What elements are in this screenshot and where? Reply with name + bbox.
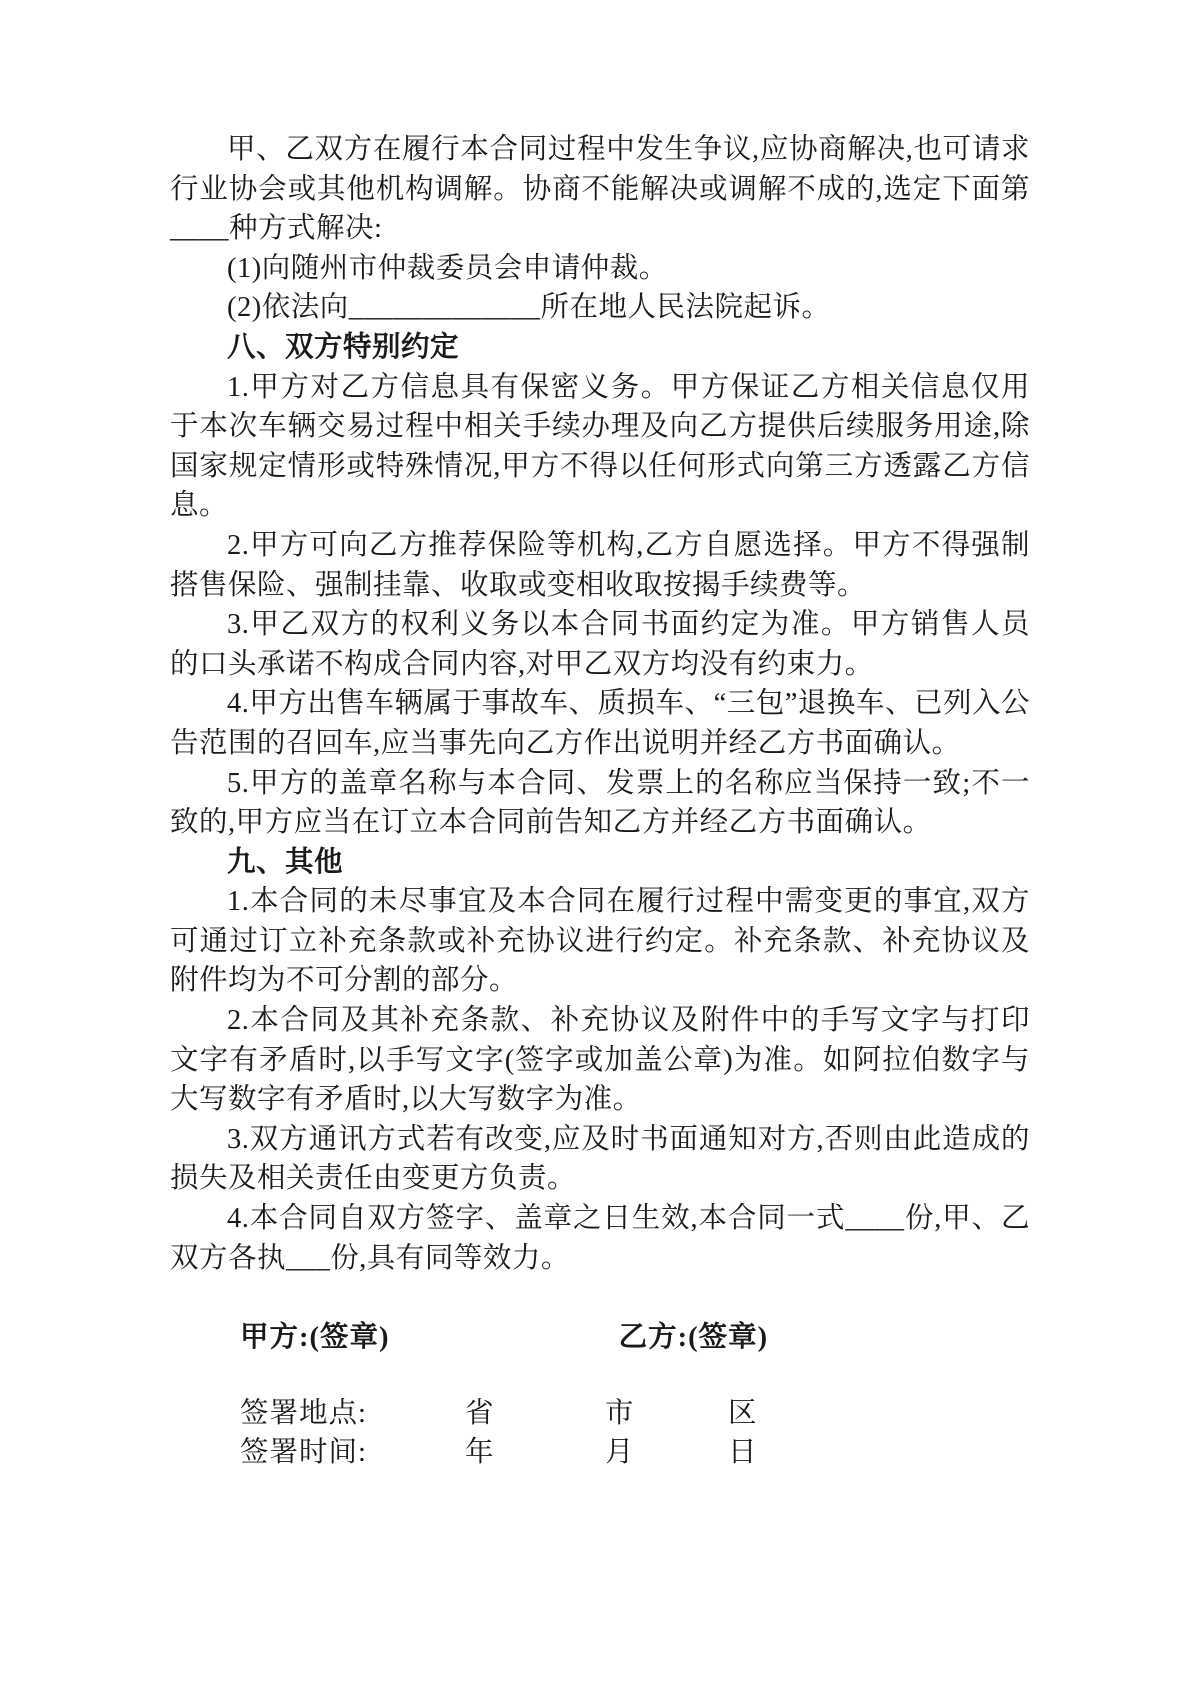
- signature-row: 甲方:(签章) 乙方:(签章): [170, 1318, 1030, 1358]
- year-unit-label: 年: [465, 1433, 494, 1473]
- contract-page: 甲、乙双方在履行本合同过程中发生争议,应协商解决,也可请求行业协会或其他机构调解…: [0, 0, 1200, 1696]
- section8-item-1: 1.甲方对乙方信息具有保密义务。甲方保证乙方相关信息仅用于本次车辆交易过程中相关…: [170, 368, 1030, 526]
- sign-time-row: 签署时间: 年 月 日: [170, 1433, 1030, 1473]
- section9-item-2: 2.本合同及其补充条款、补充协议及附件中的手写文字与打印文字有矛盾时,以手写文字…: [170, 1001, 1030, 1120]
- sign-time-label: 签署时间:: [240, 1437, 367, 1468]
- section8-title: 八、双方特别约定: [170, 328, 1030, 368]
- party-b-signature-label: 乙方:(签章): [619, 1322, 768, 1353]
- section8-item-5: 5.甲方的盖章名称与本合同、发票上的名称应当保持一致;不一致的,甲方应当在订立本…: [170, 764, 1030, 843]
- section9-item-4: 4.本合同自双方签字、盖章之日生效,本合同一式____份,甲、乙双方各执___份…: [170, 1199, 1030, 1278]
- province-unit-label: 省: [465, 1394, 494, 1434]
- month-unit-label: 月: [605, 1433, 634, 1473]
- section8-item-3: 3.甲乙双方的权利义务以本合同书面约定为准。甲方销售人员的口头承诺不构成合同内容…: [170, 605, 1030, 684]
- city-unit-label: 市: [605, 1394, 634, 1434]
- sign-place-row: 签署地点: 省 市 区: [170, 1394, 1030, 1434]
- sign-place-label: 签署地点:: [240, 1398, 367, 1429]
- district-unit-label: 区: [728, 1394, 757, 1434]
- contract-body: 甲、乙双方在履行本合同过程中发生争议,应协商解决,也可请求行业协会或其他机构调解…: [170, 130, 1030, 1473]
- day-unit-label: 日: [728, 1433, 757, 1473]
- dispute-intro-paragraph: 甲、乙双方在履行本合同过程中发生争议,应协商解决,也可请求行业协会或其他机构调解…: [170, 130, 1030, 249]
- section8-item-2: 2.甲方可向乙方推荐保险等机构,乙方自愿选择。甲方不得强制搭售保险、强制挂靠、收…: [170, 526, 1030, 605]
- party-a-signature-label: 甲方:(签章): [240, 1322, 389, 1353]
- arbitration-option: (1)向随州市仲裁委员会申请仲裁。: [170, 249, 1030, 289]
- section9-item-1: 1.本合同的未尽事宜及本合同在履行过程中需变更的事宜,双方可通过订立补充条款或补…: [170, 882, 1030, 1001]
- litigation-option: (2)依法向_____________所在地人民法院起诉。: [170, 288, 1030, 328]
- section9-title: 九、其他: [170, 843, 1030, 883]
- section8-item-4: 4.甲方出售车辆属于事故车、质损车、“三包”退换车、已列入公告范围的召回车,应当…: [170, 684, 1030, 763]
- section9-item-3: 3.双方通讯方式若有改变,应及时书面通知对方,否则由此造成的损失及相关责任由变更…: [170, 1120, 1030, 1199]
